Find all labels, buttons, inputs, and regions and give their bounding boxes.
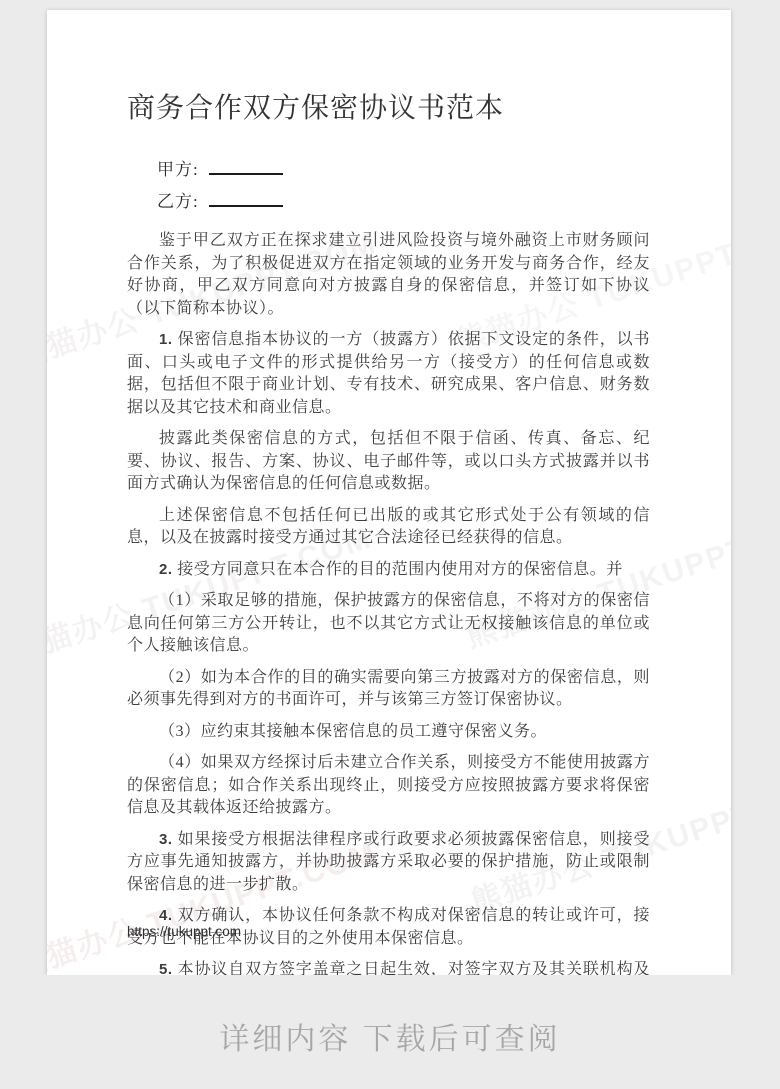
document-body: 鉴于甲乙双方正在探求建立引进风险投资与境外融资上市财务顾问合作关系，为了积极促进… (127, 230, 650, 975)
footer-source-link[interactable]: https://tukuppt.com (127, 924, 241, 939)
document-paragraph: 5. 本协议自双方签字盖章之日起生效，对签字双方及其关联机构及其继受 (127, 959, 650, 975)
paragraph-number: 3. (159, 831, 178, 848)
paragraph-number: 1. (159, 331, 178, 348)
document-paragraph: （3）应约束其接触本保密信息的员工遵守保密义务。 (127, 721, 650, 744)
party-b-label: 乙方: (157, 192, 199, 211)
paragraph-number: 4. (159, 907, 178, 924)
party-b-row: 乙方: (157, 186, 650, 218)
document-content: 商务合作双方保密协议书范本 甲方: 乙方: 鉴于甲乙双方正在探求建立引进风险投资… (47, 10, 731, 975)
party-a-blank-field (209, 162, 283, 175)
document-paragraph: 上述保密信息不包括任何已出版的或其它形式处于公有领域的信息，以及在披露时接受方通… (127, 505, 650, 550)
paragraph-number: 2. (159, 561, 177, 578)
parties-section: 甲方: 乙方: (157, 154, 650, 218)
document-paragraph: （2）如为本合作的目的确实需要向第三方披露对方的保密信息，则必须事先得到对方的书… (127, 667, 650, 712)
party-a-label: 甲方: (157, 160, 199, 179)
party-a-row: 甲方: (157, 154, 650, 186)
document-paragraph: 3. 如果接受方根据法律程序或行政要求必须披露保密信息，则接受方应事先通知披露方… (127, 829, 650, 897)
document-title: 商务合作双方保密协议书范本 (127, 92, 650, 126)
document-paragraph: 披露此类保密信息的方式，包括但不限于信函、传真、备忘、纪要、协议、报告、方案、协… (127, 428, 650, 496)
bottom-bar-label: 详细内容 下载后可查阅 (219, 1006, 560, 1058)
document-page: 熊猫办公 TUKUPPT.COM 熊猫办公 TUKUPPT.COM 熊猫办公 T… (47, 10, 731, 975)
document-paragraph: （1）采取足够的措施，保护披露方的保密信息，不将对方的保密信息向任何第三方公开转… (127, 590, 650, 658)
preview-canvas: 熊猫办公 TUKUPPT.COM 熊猫办公 TUKUPPT.COM 熊猫办公 T… (0, 0, 780, 1089)
bottom-bar: 详细内容 下载后可查阅 (0, 975, 780, 1089)
party-b-blank-field (209, 194, 283, 207)
document-paragraph: （4）如果双方经探讨后未建立合作关系，则接受方不能使用披露方的保密信息；如合作关… (127, 752, 650, 820)
document-paragraph: 2. 接受方同意只在本合作的目的范围内使用对方的保密信息。并 (127, 559, 650, 582)
document-paragraph: 鉴于甲乙双方正在探求建立引进风险投资与境外融资上市财务顾问合作关系，为了积极促进… (127, 230, 650, 320)
paragraph-number: 5. (159, 961, 178, 975)
document-paragraph: 1. 保密信息指本协议的一方（披露方）依据下文设定的条件，以书面、口头或电子文件… (127, 329, 650, 419)
